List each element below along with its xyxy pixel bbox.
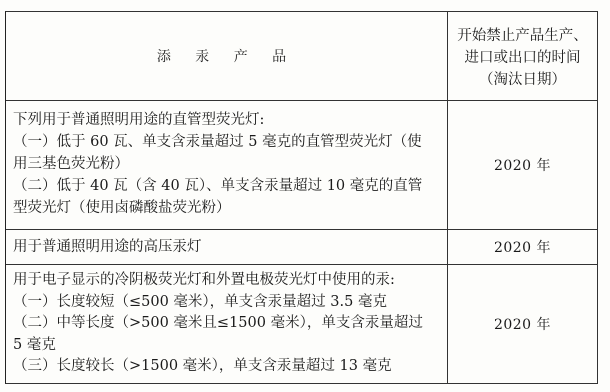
product-line: （一）长度较短（≤500 毫米），单支含汞量超过 3.5 毫克 [13, 292, 441, 314]
product-cell: 用于电子显示的冷阴极荧光灯和外置电极荧光灯中使用的汞: （一）长度较短（≤500… [6, 265, 448, 383]
mercury-products-table: 添 汞 产 品 开始禁止产品生产、 进口或出口的时间 （淘汰日期） 下列用于普通… [5, 11, 598, 384]
table-row: 用于普通照明用途的高压汞灯 2020 年 [6, 230, 597, 265]
header-date-line: 开始禁止产品生产、 [457, 25, 588, 47]
phase-out-date: 2020 年 [494, 314, 551, 334]
product-line: 用三基色荧光粉） [13, 153, 441, 175]
header-product-label: 添 汞 产 品 [157, 46, 296, 66]
header-date-cell: 开始禁止产品生产、 进口或出口的时间 （淘汰日期） [448, 12, 597, 100]
phase-out-date: 2020 年 [494, 155, 551, 175]
product-cell: 下列用于普通照明用途的直管型荧光灯: （一）低于 60 瓦、单支含汞量超过 5 … [6, 101, 448, 229]
header-date-line: （淘汰日期） [457, 69, 588, 91]
product-line: 用于普通照明用途的高压汞灯 [13, 236, 441, 258]
table-row: 下列用于普通照明用途的直管型荧光灯: （一）低于 60 瓦、单支含汞量超过 5 … [6, 101, 597, 230]
phase-out-date: 2020 年 [494, 237, 551, 257]
product-line: 5 毫克 [13, 335, 441, 357]
product-line: （一）低于 60 瓦、单支含汞量超过 5 毫克的直管型荧光灯（使 [13, 131, 441, 153]
product-cell: 用于普通照明用途的高压汞灯 [6, 230, 448, 264]
table-row: 用于电子显示的冷阴极荧光灯和外置电极荧光灯中使用的汞: （一）长度较短（≤500… [6, 265, 597, 383]
product-line: （二）中等长度（>500 毫米且≤1500 毫米），单支含汞量超过 [13, 313, 441, 335]
date-cell: 2020 年 [448, 101, 597, 229]
product-line: （三）长度较长（>1500 毫米），单支含汞量超过 13 毫克 [13, 356, 441, 378]
date-cell: 2020 年 [448, 230, 597, 264]
date-cell: 2020 年 [448, 265, 597, 383]
header-product-cell: 添 汞 产 品 [6, 12, 448, 100]
product-line: 型荧光灯（使用卤磷酸盐荧光粉） [13, 197, 441, 219]
product-line: 下列用于普通照明用途的直管型荧光灯: [13, 109, 441, 131]
product-line: 用于电子显示的冷阴极荧光灯和外置电极荧光灯中使用的汞: [13, 270, 441, 292]
table-header-row: 添 汞 产 品 开始禁止产品生产、 进口或出口的时间 （淘汰日期） [6, 12, 597, 101]
product-line: （二）低于 40 瓦（含 40 瓦）、单支含汞量超过 10 毫克的直管 [13, 175, 441, 197]
header-date-line: 进口或出口的时间 [457, 47, 588, 69]
